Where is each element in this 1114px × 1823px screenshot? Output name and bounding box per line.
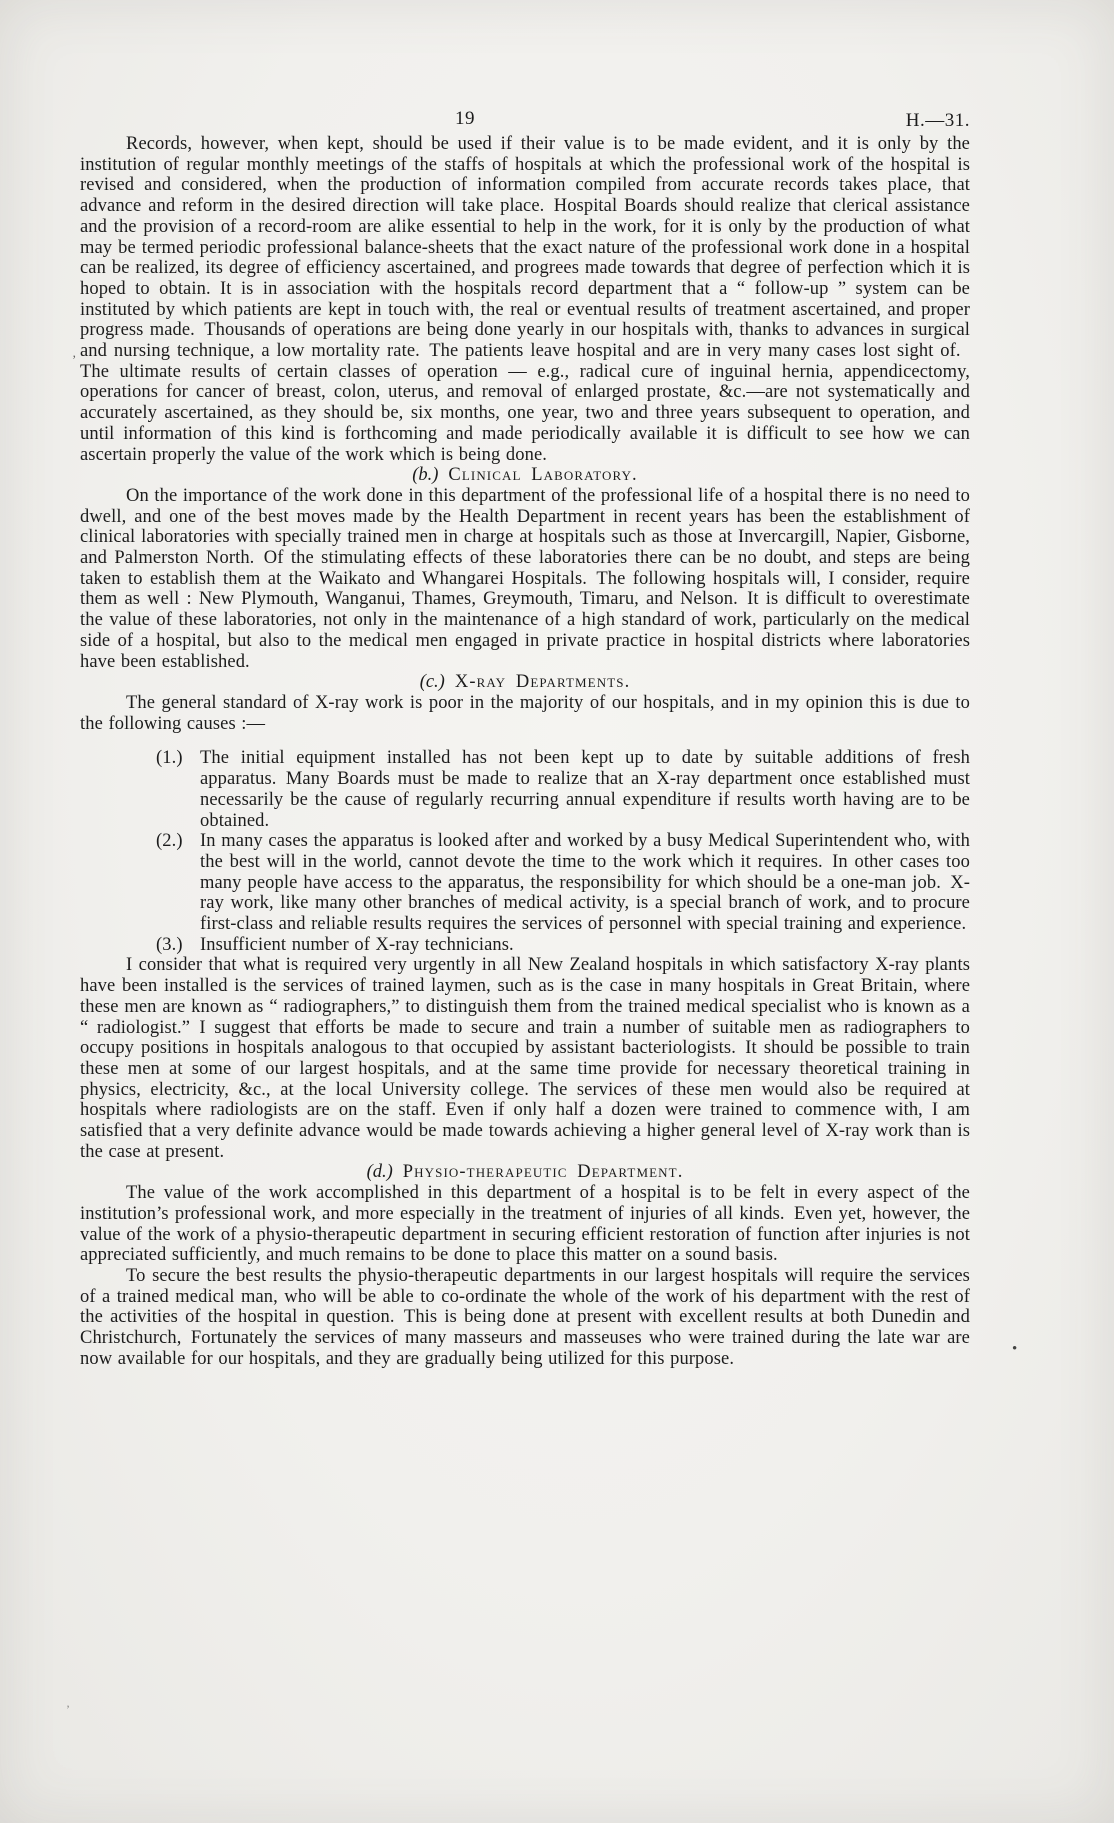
paragraph-physio-value: The value of the work accomplished in th… <box>80 1183 970 1266</box>
section-label-b: (b.) <box>412 465 438 485</box>
paragraph-records: Records, however, when kept, should be u… <box>80 134 970 465</box>
paragraph-radiographers: I consider that what is required very ur… <box>80 955 970 1162</box>
section-label-c: (c.) <box>420 672 445 692</box>
document-page: ’ • ’ 19 H.—31. Records, however, when k… <box>0 0 1114 1823</box>
scan-artifact-mark: ’ <box>72 352 76 368</box>
section-heading-clinical-laboratory: (b.)Clinical Laboratory. <box>80 465 970 486</box>
list-item-2: (2.) In many cases the apparatus is look… <box>156 831 970 935</box>
list-text-2: In many cases the apparatus is looked af… <box>200 831 970 935</box>
section-title-clinical-laboratory: Clinical Laboratory. <box>448 465 637 485</box>
paragraph-physio-results: To secure the best results the physio-th… <box>80 1266 970 1370</box>
document-reference: H.—31. <box>906 110 970 132</box>
section-heading-xray-departments: (c.)X-ray Departments. <box>80 672 970 693</box>
list-marker-2: (2.) <box>156 831 200 852</box>
list-item-3: (3.) Insufficient number of X-ray techni… <box>156 935 970 956</box>
section-title-xray-departments: X-ray Departments. <box>455 672 630 692</box>
section-heading-physio-therapeutic: (d.)Physio-therapeutic Department. <box>80 1162 970 1183</box>
list-text-1: The initial equipment installed has not … <box>200 748 970 831</box>
page-number: 19 <box>20 108 910 130</box>
list-item-1: (1.) The initial equipment installed has… <box>156 748 970 831</box>
list-marker-3: (3.) <box>156 935 200 956</box>
paragraph-clinical-laboratory: On the importance of the work done in th… <box>80 486 970 672</box>
section-title-physio-therapeutic: Physio-therapeutic Department. <box>403 1162 684 1182</box>
list-text-3: Insufficient number of X-ray technicians… <box>200 935 970 956</box>
xray-causes-list: (1.) The initial equipment installed has… <box>80 748 970 955</box>
list-marker-1: (1.) <box>156 748 200 769</box>
page-header: 19 H.—31. <box>80 108 970 134</box>
section-label-d: (d.) <box>367 1162 393 1182</box>
document-body: Records, however, when kept, should be u… <box>80 134 970 1369</box>
scan-artifact-dot: • <box>1012 1341 1017 1358</box>
scan-artifact-mark: ’ <box>66 1702 70 1717</box>
paragraph-xray-intro: The general standard of X-ray work is po… <box>80 693 970 734</box>
